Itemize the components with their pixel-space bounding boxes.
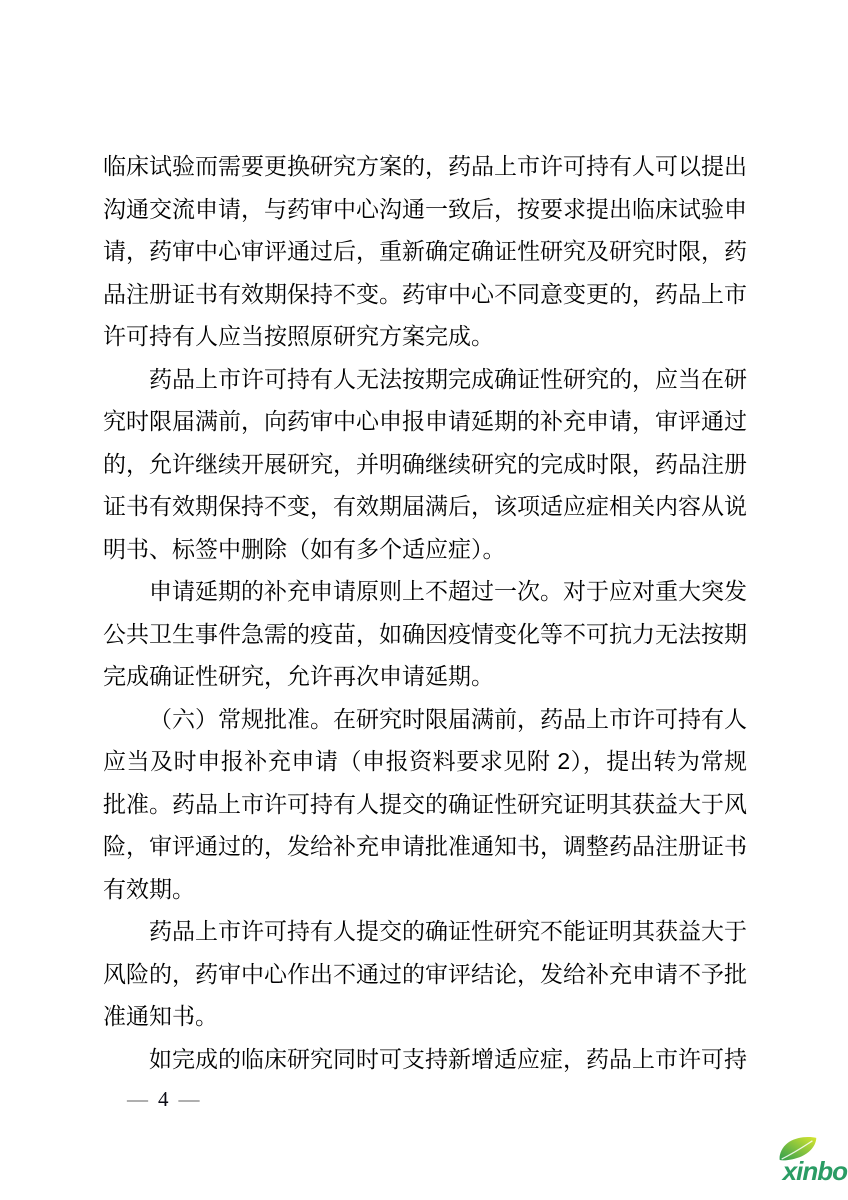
paragraph: （六）常规批准。在研究时限届满前，药品上市许可持有人应当及时申报补充申请（申报资… [103,698,747,911]
document-page: 临床试验而需要更换研究方案的，药品上市许可持有人可以提出沟通交流申请，与药审中心… [0,0,848,1200]
page-number: 4 [158,1087,169,1112]
paragraph: 临床试验而需要更换研究方案的，药品上市许可持有人可以提出沟通交流申请，与药审中心… [103,145,747,358]
document-body: 临床试验而需要更换研究方案的，药品上市许可持有人可以提出沟通交流申请，与药审中心… [103,145,747,1080]
page-number-dash-left: — [127,1087,148,1112]
paragraph: 如完成的临床研究同时可支持新增适应症，药品上市许可持 [103,1038,747,1081]
page-number-dash-right: — [179,1087,200,1112]
paragraph: 药品上市许可持有人提交的确证性研究不能证明其获益大于风险的，药审中心作出不通过的… [103,910,747,1038]
paragraph: 申请延期的补充申请原则上不超过一次。对于应对重大突发公共卫生事件急需的疫苗，如确… [103,570,747,698]
xinbo-logo-text: xinbo [783,1160,847,1182]
page-footer: — 4 — [127,1087,200,1112]
xinbo-logo: xinbo [761,1136,847,1182]
paragraph: 药品上市许可持有人无法按期完成确证性研究的，应当在研究时限届满前，向药审中心申报… [103,358,747,571]
